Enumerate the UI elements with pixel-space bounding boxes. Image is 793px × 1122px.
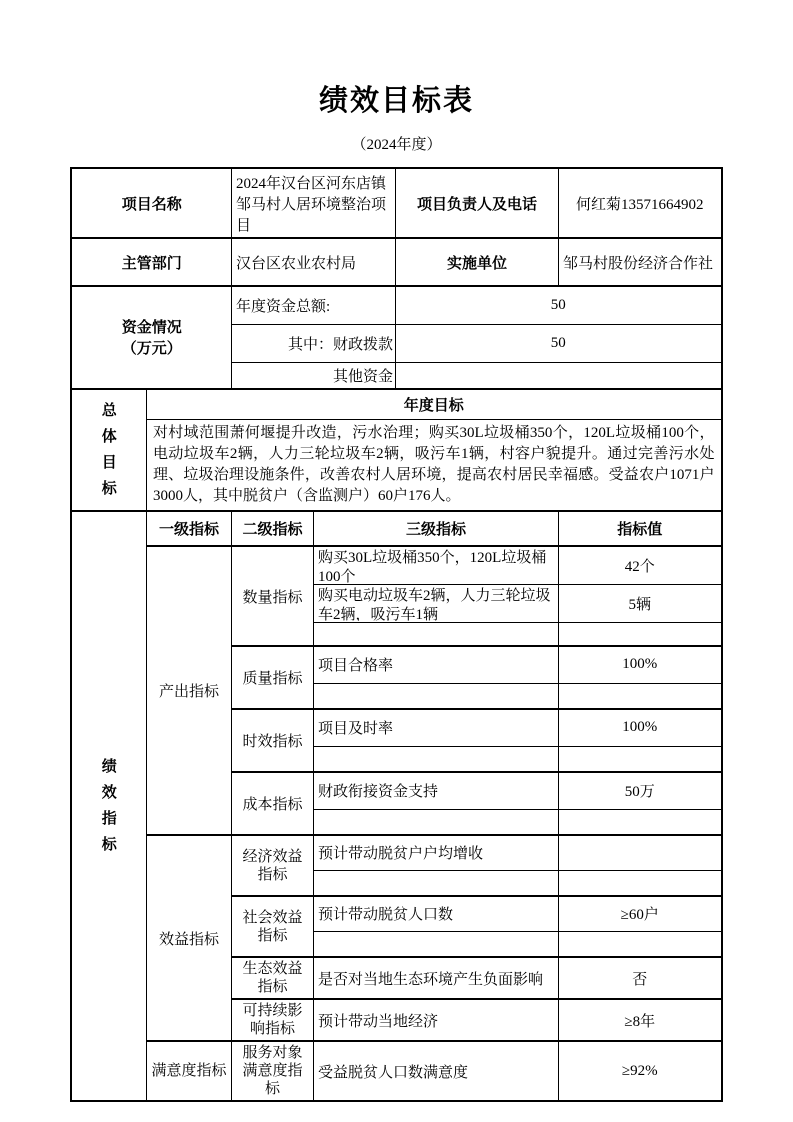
project-name-value: 2024年汉台区河东店镇邹马村人居环境整治项目	[232, 168, 396, 238]
empty-cell	[559, 683, 722, 709]
level2-quality: 质量指标	[232, 646, 314, 709]
leader-value: 何红菊13571664902	[559, 168, 722, 238]
empty-cell	[559, 931, 722, 957]
indicator-qualify-text: 项目合格率	[314, 646, 559, 683]
funding-fiscal-value: 50	[396, 324, 722, 362]
level2-sustain: 可持续影响指标	[232, 999, 314, 1041]
indicator-cost-value: 50万	[559, 772, 722, 809]
level2-quantity: 数量指标	[232, 546, 314, 646]
level2-timeliness: 时效指标	[232, 709, 314, 772]
indicator-population-value: ≥60户	[559, 896, 722, 931]
indicator-income-text: 预计带动脱贫户户均增收	[314, 835, 559, 870]
indicator-economy-value: ≥8年	[559, 999, 722, 1041]
indicator-ontime-text: 项目及时率	[314, 709, 559, 746]
document-page: 绩效目标表 （2024年度） 项目名称 2024年汉台区河东店镇邹马村人居环境整…	[0, 0, 793, 1122]
impl-label: 实施单位	[396, 238, 559, 286]
level1-output: 产出指标	[146, 546, 231, 835]
header-level1: 一级指标	[146, 511, 231, 546]
annual-goal-text: 对村域范围萧何堰提升改造，污水治理；购买30L垃圾桶350个，120L垃圾桶10…	[146, 420, 721, 512]
header-level2: 二级指标	[232, 511, 314, 546]
indicator-eco-value: 否	[559, 957, 722, 999]
funding-other-value	[396, 362, 722, 389]
performance-target-table: 项目名称 2024年汉台区河东店镇邹马村人居环境整治项目 项目负责人及电话 何红…	[70, 167, 722, 1102]
overall-goal-label: 总体目标	[71, 389, 146, 512]
level2-social: 社会效益指标	[232, 896, 314, 957]
impl-value: 邹马村股份经济合作社	[559, 238, 722, 286]
empty-cell	[559, 809, 722, 835]
empty-cell	[559, 746, 722, 772]
funding-total-label: 年度资金总额:	[232, 286, 396, 324]
empty-cell	[559, 870, 722, 896]
level1-satisfaction: 满意度指标	[146, 1041, 231, 1101]
header-value: 指标值	[559, 511, 722, 546]
empty-cell	[559, 622, 722, 646]
empty-cell	[314, 746, 559, 772]
level2-cost: 成本指标	[232, 772, 314, 835]
doc-title: 绩效目标表	[0, 78, 793, 119]
indicator-ontime-value: 100%	[559, 709, 722, 746]
header-level3: 三级指标	[314, 511, 559, 546]
empty-cell	[314, 683, 559, 709]
funding-total-value: 50	[396, 286, 722, 324]
perf-label: 绩效指标	[71, 511, 146, 1101]
project-name-label: 项目名称	[71, 168, 231, 238]
indicator-eco-text: 是否对当地生态环境产生负面影响	[314, 957, 559, 999]
level2-service: 服务对象满意度指标	[232, 1041, 314, 1101]
indicator-population-text: 预计带动脱贫人口数	[314, 896, 559, 931]
dept-label: 主管部门	[71, 238, 231, 286]
leader-label: 项目负责人及电话	[396, 168, 559, 238]
indicator-cost-text: 财政衔接资金支持	[314, 772, 559, 809]
indicator-vehicles-text: 购买电动垃圾车2辆，人力三轮垃圾车2辆，吸污车1辆	[314, 584, 559, 622]
level2-ecological: 生态效益指标	[232, 957, 314, 999]
indicator-bins-value: 42个	[559, 546, 722, 584]
level1-benefit: 效益指标	[146, 835, 231, 1041]
empty-cell	[314, 622, 559, 646]
empty-cell	[314, 931, 559, 957]
indicator-income-value	[559, 835, 722, 870]
dept-value: 汉台区农业农村局	[232, 238, 396, 286]
empty-cell	[314, 809, 559, 835]
indicator-economy-text: 预计带动当地经济	[314, 999, 559, 1041]
funding-fiscal-label: 其中：财政拨款	[232, 324, 396, 362]
indicator-vehicles-value: 5辆	[559, 584, 722, 622]
funding-other-label: 其他资金	[232, 362, 396, 389]
indicator-qualify-value: 100%	[559, 646, 722, 683]
annual-goal-header: 年度目标	[146, 389, 721, 420]
indicator-bins-text: 购买30L垃圾桶350个，120L垃圾桶100个	[314, 546, 559, 584]
level2-economic: 经济效益指标	[232, 835, 314, 896]
doc-subtitle: （2024年度）	[0, 133, 793, 154]
empty-cell	[314, 870, 559, 896]
indicator-satisfaction-text: 受益脱贫人口数满意度	[314, 1041, 559, 1101]
indicator-satisfaction-value: ≥92%	[559, 1041, 722, 1101]
funding-label: 资金情况 （万元）	[71, 286, 231, 389]
